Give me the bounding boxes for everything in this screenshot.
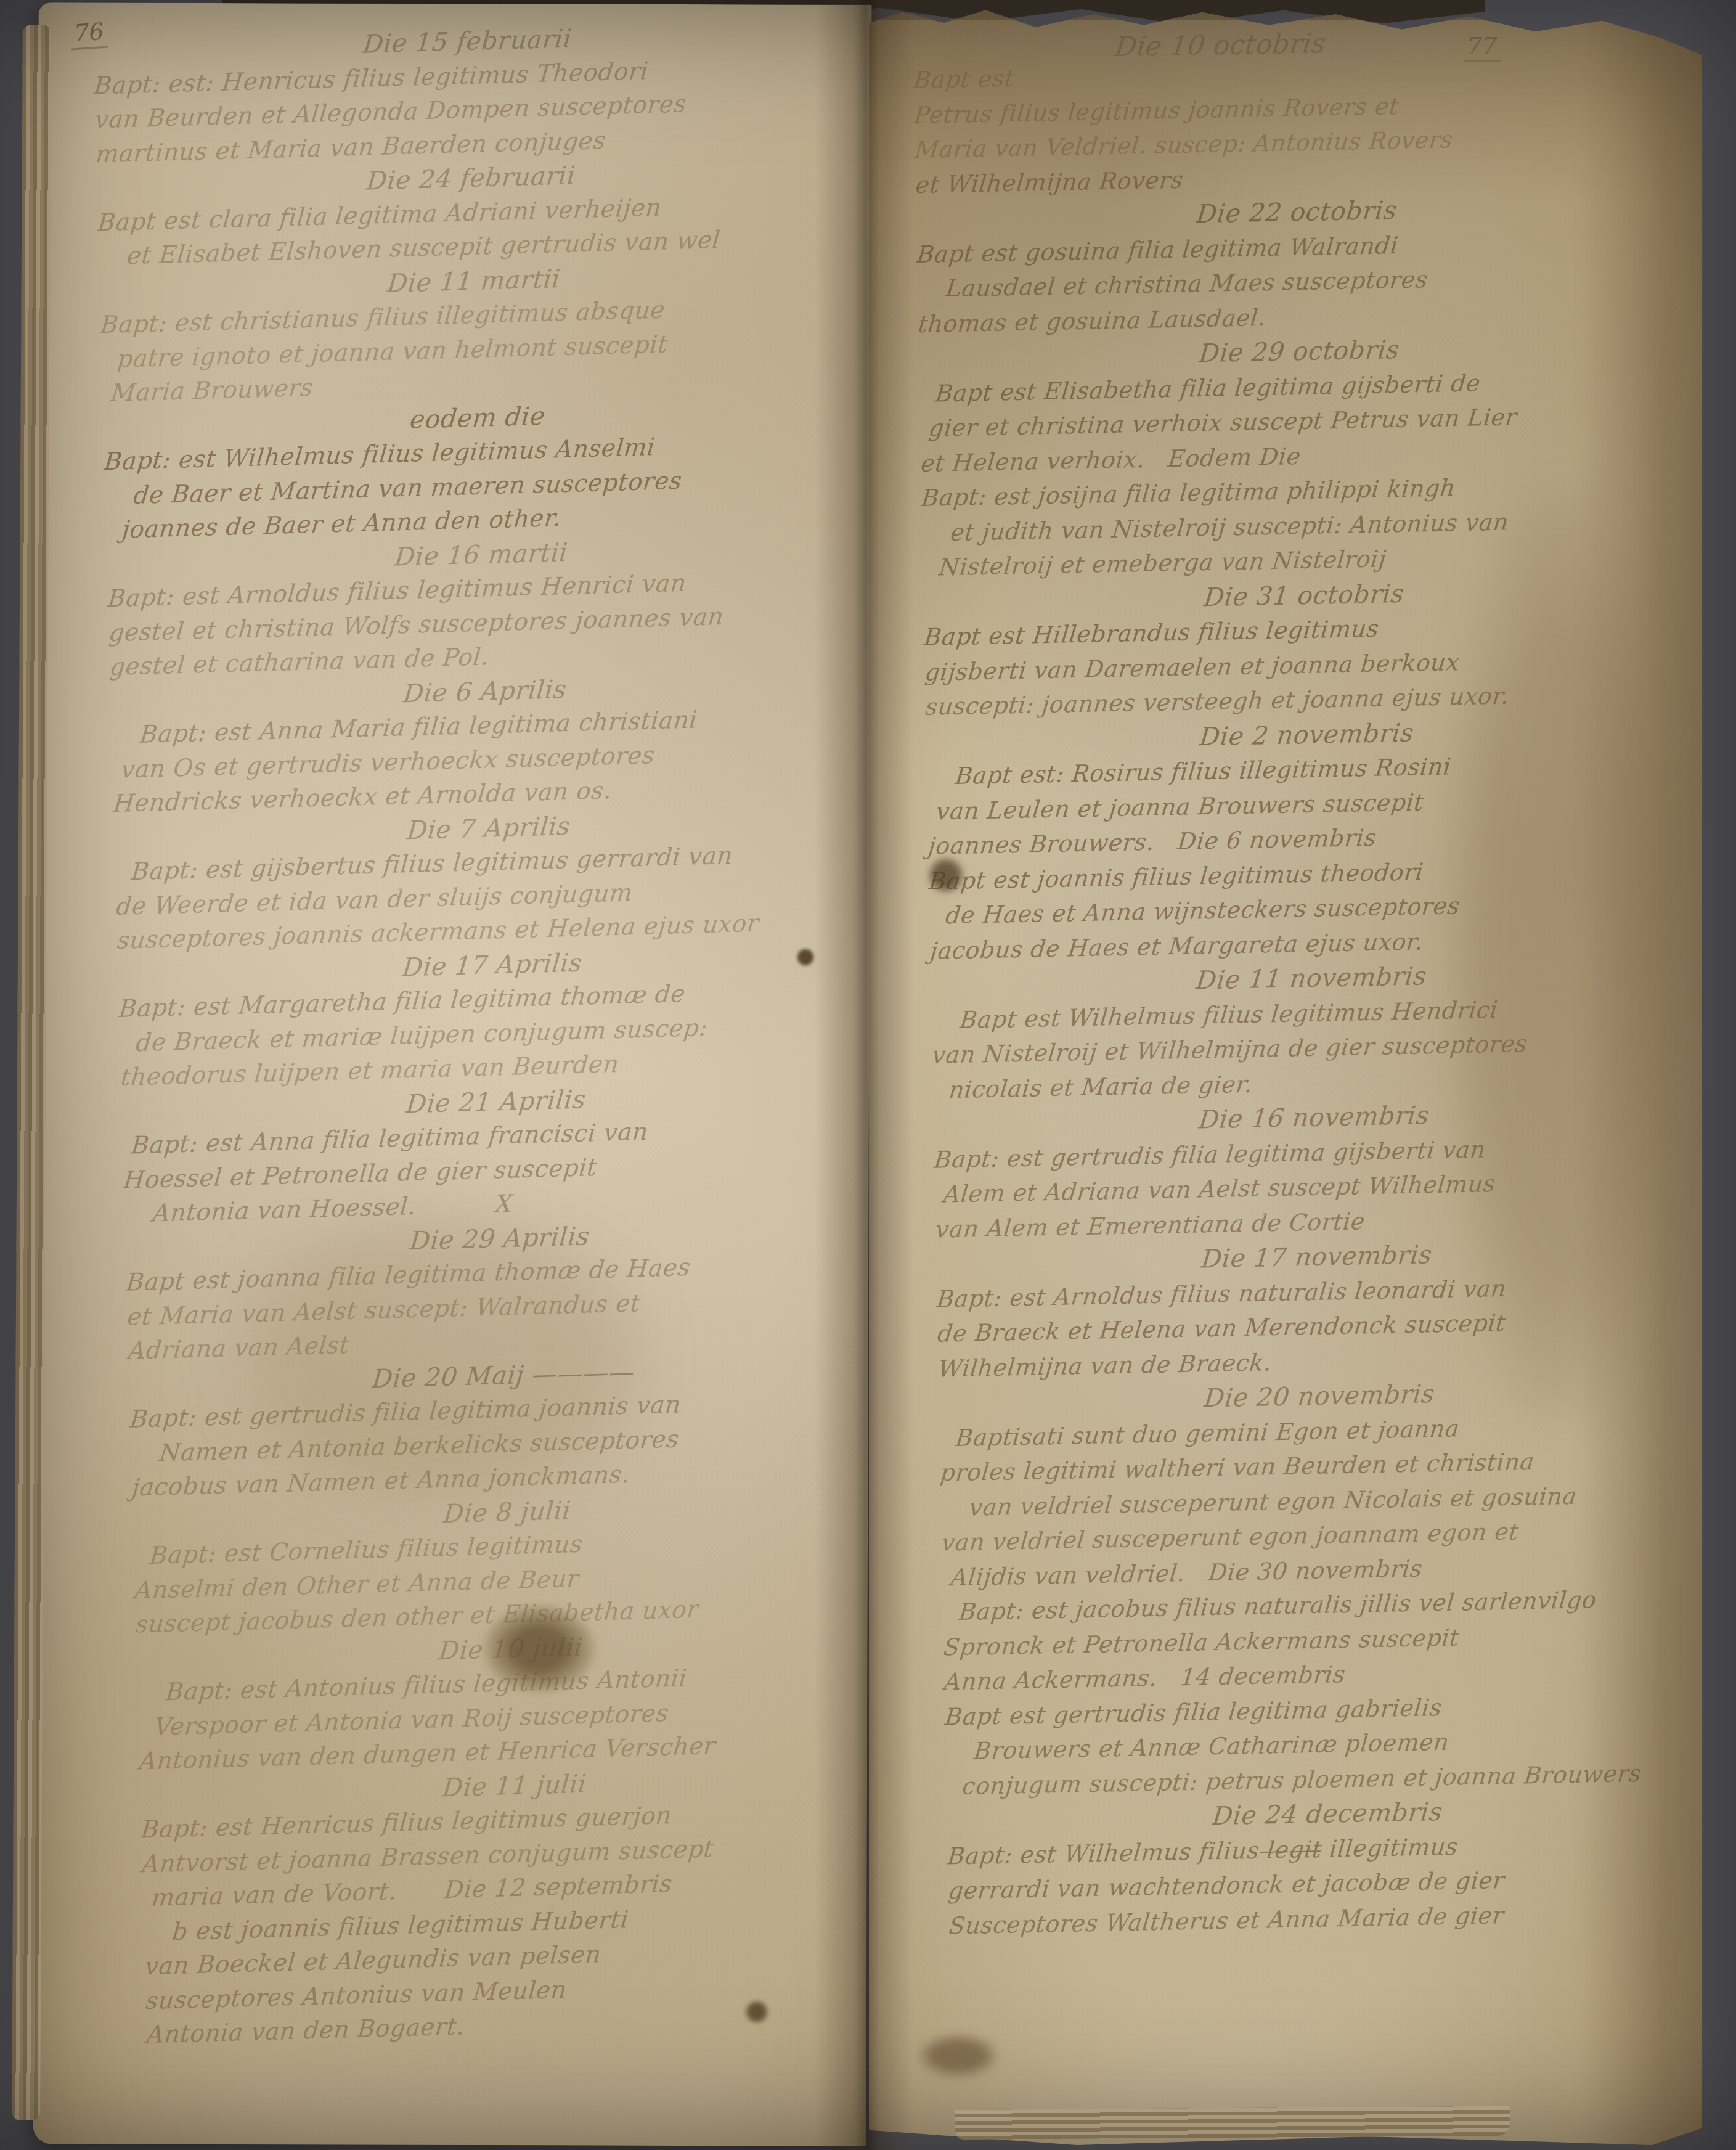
left-page-text: Die 15 februariiBapt: est: Henricus fili… <box>92 15 895 2053</box>
right-page: Die 10 octobris 77 Bapt estPetrus filius… <box>869 4 1702 2145</box>
right-page-text: Bapt estPetrus filius legitimus joannis … <box>913 48 1710 1943</box>
baptismal-register-photo: 76 Die 15 februariiBapt: est: Henricus f… <box>0 0 1736 2150</box>
page-stack-bottom-edge <box>955 2106 1510 2140</box>
left-page: 76 Die 15 februariiBapt: est: Henricus f… <box>33 2 871 2146</box>
